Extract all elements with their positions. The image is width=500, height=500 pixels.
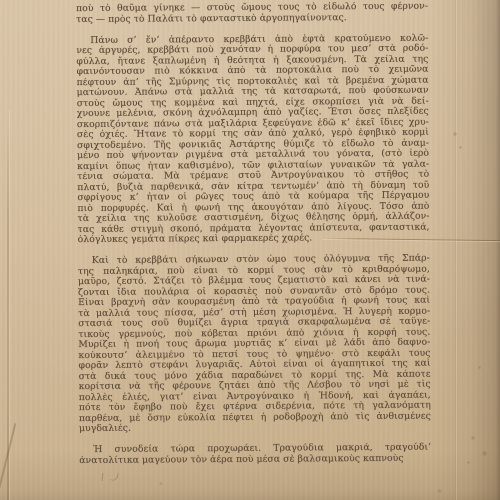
foxing-spot — [459, 146, 462, 149]
page-inner-edge-line — [455, 0, 456, 500]
paragraph: ποὺ τὸ θαῦμα γίνηκε — στοὺς ὤμους τους τ… — [76, 2, 428, 25]
foxing-spot — [159, 482, 163, 485]
foxing-spot — [453, 132, 457, 136]
paragraph: Ἡ συνοδεία τώρα προχωράει. Τραγούδια μακ… — [79, 443, 431, 466]
faint-pencil-mark — [100, 471, 120, 483]
text-line: ὁλόγλυκες γεμάτα πίκρες καὶ φαρμακερὲς χ… — [78, 233, 430, 246]
paragraph: Καὶ τὸ κρεββάτι σήκωναν στὸν ὦμο τους ὁλ… — [78, 254, 431, 435]
pencil-stroke — [102, 473, 104, 481]
paragraph: Πάνω σ’ ἕν’ ἀπέραντο κρεββάτι ἀπὸ ἑφτὰ κ… — [76, 33, 429, 245]
text-line: ἀνατολίτικα μαγεύουν τὸν ἀέρα ποὺ μέσα σ… — [79, 453, 431, 466]
pencil-stroke — [110, 471, 119, 481]
page-text: ποὺ τὸ θαῦμα γίνηκε — στοὺς ὤμους τους τ… — [76, 2, 431, 466]
foxing-spot — [437, 489, 442, 493]
text-line: τας — πρὸς τὸ Παλάτι τὸ φανταστικὸ ἀργοπ… — [76, 12, 428, 25]
foxing-spot — [482, 451, 487, 456]
foxing-spot — [467, 461, 470, 464]
scanned-page: ποὺ τὸ θαῦμα γίνηκε — στοὺς ὤμους τους τ… — [0, 0, 500, 500]
foxing-spot — [471, 436, 475, 440]
foxing-spot — [478, 366, 481, 369]
